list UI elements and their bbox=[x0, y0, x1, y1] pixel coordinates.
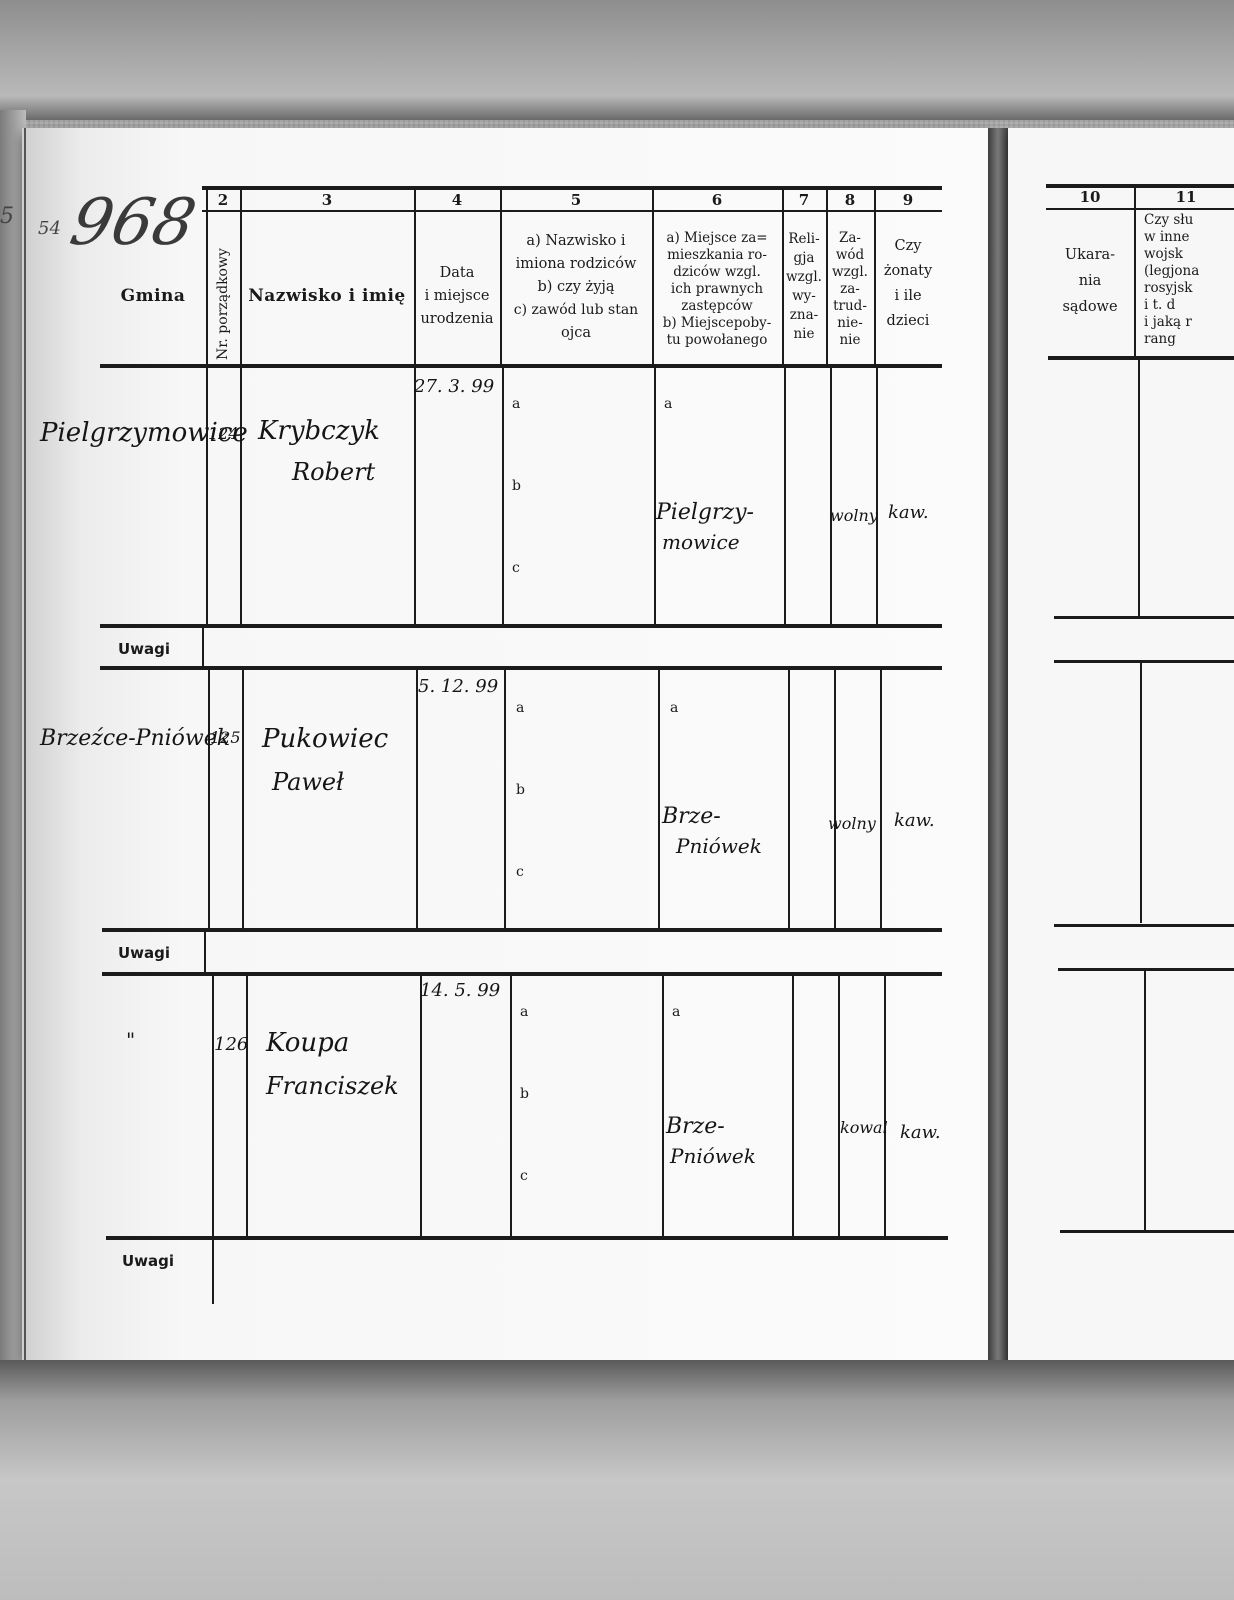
col-divider bbox=[658, 670, 660, 928]
page-border bbox=[24, 128, 26, 1360]
nr-cell: 126 bbox=[214, 1034, 248, 1055]
header-line: a) Miejsce za= bbox=[652, 230, 782, 247]
row-rule bbox=[1060, 1230, 1234, 1233]
occupation-cell: kowal bbox=[840, 1118, 888, 1137]
nr-cell: 124 bbox=[208, 424, 239, 443]
col-divider bbox=[416, 670, 418, 928]
header-number-rule bbox=[202, 210, 942, 212]
col-number-7: 7 bbox=[782, 191, 826, 209]
header-line: gja bbox=[782, 249, 826, 268]
sub-label-b: b bbox=[520, 1086, 529, 1102]
col-divider bbox=[1140, 663, 1142, 923]
col-divider bbox=[662, 976, 664, 1236]
header-line: b) czy żyją bbox=[500, 276, 652, 299]
col-divider bbox=[202, 626, 204, 666]
col-divider bbox=[208, 670, 210, 928]
sub-label-a: a bbox=[512, 396, 520, 412]
header-line: i jaką r bbox=[1144, 314, 1234, 331]
col-divider bbox=[792, 976, 794, 1236]
remarks-label: Uwagi bbox=[122, 1252, 174, 1270]
header-line: Reli- bbox=[782, 230, 826, 249]
col-number-11: 11 bbox=[1136, 188, 1234, 206]
col-divider bbox=[414, 368, 416, 624]
row-rule bbox=[1054, 660, 1234, 663]
col-number-3: 3 bbox=[240, 191, 414, 209]
header-top-rule bbox=[202, 186, 942, 190]
col-divider bbox=[1134, 186, 1136, 358]
header-miejsce-zamieszkania: a) Miejsce za= mieszkania ro- dziców wzg… bbox=[652, 230, 782, 349]
header-nazwisko-imie: Nazwisko i imię bbox=[240, 288, 414, 305]
col-divider bbox=[206, 188, 208, 364]
header-sluzba-wojskowa: Czy słu w inne wojsk (legjona rosyjsk i … bbox=[1138, 212, 1234, 348]
col-divider bbox=[1138, 360, 1140, 616]
col-divider bbox=[884, 976, 886, 1236]
col-divider bbox=[240, 188, 242, 364]
header-line: Data bbox=[414, 262, 500, 285]
header-gmina: Gmina bbox=[100, 288, 206, 305]
remarks-label: Uwagi bbox=[118, 944, 170, 962]
header-religja: Reli- gja wzgl. wy- zna- nie bbox=[782, 230, 826, 344]
col-divider bbox=[838, 976, 840, 1236]
header-line: dziców wzgl. bbox=[652, 264, 782, 281]
surname-cell: Krybczyk bbox=[258, 416, 380, 446]
birth-date-cell: 27. 3. 99 bbox=[414, 376, 494, 397]
header-line: a) Nazwisko i bbox=[500, 230, 652, 253]
header-line: ich prawnych bbox=[652, 281, 782, 298]
col-divider bbox=[834, 670, 836, 928]
header-line: nie bbox=[826, 332, 874, 349]
header-line: imiona rodziców bbox=[500, 253, 652, 276]
sub-label-a: a bbox=[516, 700, 524, 716]
header-line: Ukara- bbox=[1046, 242, 1134, 268]
col-number-9: 9 bbox=[874, 191, 942, 209]
col-divider bbox=[654, 368, 656, 624]
row-rule bbox=[1058, 968, 1234, 971]
header-line: i t. d bbox=[1144, 297, 1234, 314]
col-divider bbox=[784, 368, 786, 624]
scanner-background-top bbox=[0, 0, 1234, 120]
row-rule bbox=[1054, 924, 1234, 927]
header-number-rule bbox=[1046, 208, 1234, 210]
col-divider bbox=[212, 1238, 214, 1304]
header-line: zna- bbox=[782, 306, 826, 325]
row-rule bbox=[102, 928, 942, 932]
first-name-cell: Robert bbox=[292, 458, 375, 486]
header-line: sądowe bbox=[1046, 294, 1134, 320]
sub-label-a: a bbox=[664, 396, 672, 412]
sub-label-c: c bbox=[516, 864, 524, 880]
sub-label-a: a bbox=[672, 1004, 680, 1020]
remarks-label: Uwagi bbox=[118, 640, 170, 658]
sub-label-a: a bbox=[670, 700, 678, 716]
col-divider bbox=[788, 670, 790, 928]
married-cell: kaw. bbox=[900, 1122, 941, 1143]
header-rodzice: a) Nazwisko i imiona rodziców b) czy żyj… bbox=[500, 230, 652, 345]
sub-label-c: c bbox=[512, 560, 520, 576]
birth-date-cell: 5. 12. 99 bbox=[418, 676, 498, 697]
sub-label-b: b bbox=[516, 782, 525, 798]
margin-mark: 5 bbox=[0, 204, 14, 229]
header-line: Za- bbox=[826, 230, 874, 247]
surname-cell: Pukowiec bbox=[262, 724, 388, 754]
occupation-cell: wolny bbox=[828, 814, 876, 833]
header-line: wód bbox=[826, 247, 874, 264]
header-line: wojsk bbox=[1144, 246, 1234, 263]
header-zonaty: Czy żonaty i ile dzieci bbox=[874, 234, 942, 334]
row-rule bbox=[102, 972, 942, 976]
col-divider bbox=[206, 368, 208, 624]
header-line: i ile bbox=[874, 284, 942, 309]
gmina-cell: Brzeźce-Pniówek bbox=[40, 726, 230, 751]
header-line: zastępców bbox=[652, 298, 782, 315]
header-line: w inne bbox=[1144, 229, 1234, 246]
col-number-4: 4 bbox=[414, 191, 500, 209]
col-divider bbox=[204, 930, 206, 972]
residence-line1: Brze- bbox=[662, 804, 721, 829]
sub-label-b: b bbox=[512, 478, 521, 494]
header-line: za- bbox=[826, 281, 874, 298]
col-divider bbox=[504, 670, 506, 928]
header-line: wy- bbox=[782, 287, 826, 306]
header-nr-porzadkowy: Nr. porządkowy bbox=[215, 248, 231, 360]
married-cell: kaw. bbox=[894, 810, 935, 831]
surname-cell: Koupa bbox=[266, 1028, 349, 1058]
col-divider bbox=[420, 976, 422, 1236]
sub-label-c: c bbox=[520, 1168, 528, 1184]
archive-prefix: 54 bbox=[38, 218, 61, 239]
header-line: Czy słu bbox=[1144, 212, 1234, 229]
header-bottom-rule bbox=[1048, 356, 1234, 360]
header-line: tu powołanego bbox=[652, 332, 782, 349]
col-divider bbox=[212, 976, 214, 1236]
header-line: wzgl. bbox=[782, 268, 826, 287]
row-rule bbox=[1054, 616, 1234, 619]
header-line: rosyjsk bbox=[1144, 280, 1234, 297]
header-zawod: Za- wód wzgl. za- trud- nie- nie bbox=[826, 230, 874, 349]
col-number-10: 10 bbox=[1046, 188, 1134, 206]
header-line: c) zawód lub stan bbox=[500, 299, 652, 322]
header-line: rang bbox=[1144, 331, 1234, 348]
sub-label-a: a bbox=[520, 1004, 528, 1020]
archive-number: 968 bbox=[64, 186, 202, 260]
col-divider bbox=[1144, 971, 1146, 1231]
col-divider bbox=[242, 670, 244, 928]
col-number-5: 5 bbox=[500, 191, 652, 209]
header-data-urodzenia: Data i miejsce urodzenia bbox=[414, 262, 500, 331]
header-line: (legjona bbox=[1144, 263, 1234, 280]
col-divider bbox=[510, 976, 512, 1236]
residence-line2: mowice bbox=[662, 530, 740, 554]
header-bottom-rule bbox=[100, 364, 942, 368]
header-line: i miejsce bbox=[414, 285, 500, 308]
col-divider bbox=[830, 368, 832, 624]
register-page-left: 968 54 2 3 4 5 6 7 8 9 Gmina Nr. porządk… bbox=[22, 128, 990, 1360]
row-rule bbox=[100, 624, 942, 628]
header-line: ojca bbox=[500, 322, 652, 345]
header-line: nia bbox=[1046, 268, 1134, 294]
residence-line1: Brze- bbox=[666, 1114, 725, 1139]
header-line: nie bbox=[782, 325, 826, 344]
scanner-background-bottom bbox=[0, 1360, 1234, 1600]
header-line: dzieci bbox=[874, 309, 942, 334]
header-line: nie- bbox=[826, 315, 874, 332]
col-divider bbox=[876, 368, 878, 624]
first-name-cell: Paweł bbox=[272, 768, 344, 796]
header-line: mieszkania ro- bbox=[652, 247, 782, 264]
col-divider bbox=[880, 670, 882, 928]
gmina-cell: " bbox=[126, 1028, 135, 1052]
col-number-8: 8 bbox=[826, 191, 874, 209]
col-divider bbox=[502, 368, 504, 624]
header-line: urodzenia bbox=[414, 308, 500, 331]
residence-line1: Pielgrzy- bbox=[656, 500, 754, 525]
row-rule bbox=[100, 666, 942, 670]
header-line: wzgl. bbox=[826, 264, 874, 281]
married-cell: kaw. bbox=[888, 502, 929, 523]
register-page-right: 10 11 Ukara- nia sądowe Czy słu w inne w… bbox=[1008, 128, 1234, 1360]
col-divider bbox=[240, 368, 242, 624]
header-line: trud- bbox=[826, 298, 874, 315]
col-number-6: 6 bbox=[652, 191, 782, 209]
header-line: żonaty bbox=[874, 259, 942, 284]
birth-date-cell: 14. 5. 99 bbox=[420, 980, 500, 1001]
book-gutter bbox=[988, 128, 1008, 1360]
nr-cell: 125 bbox=[210, 728, 241, 747]
header-line: b) Miejscepoby- bbox=[652, 315, 782, 332]
residence-line2: Pniówek bbox=[670, 1144, 756, 1168]
header-line: Czy bbox=[874, 234, 942, 259]
col-number-2: 2 bbox=[206, 191, 240, 209]
header-ukarania: Ukara- nia sądowe bbox=[1046, 242, 1134, 320]
residence-line2: Pniówek bbox=[676, 834, 762, 858]
row-rule bbox=[106, 1236, 948, 1240]
col-divider bbox=[246, 976, 248, 1236]
occupation-cell: wolny bbox=[830, 506, 878, 525]
first-name-cell: Franciszek bbox=[266, 1072, 399, 1100]
